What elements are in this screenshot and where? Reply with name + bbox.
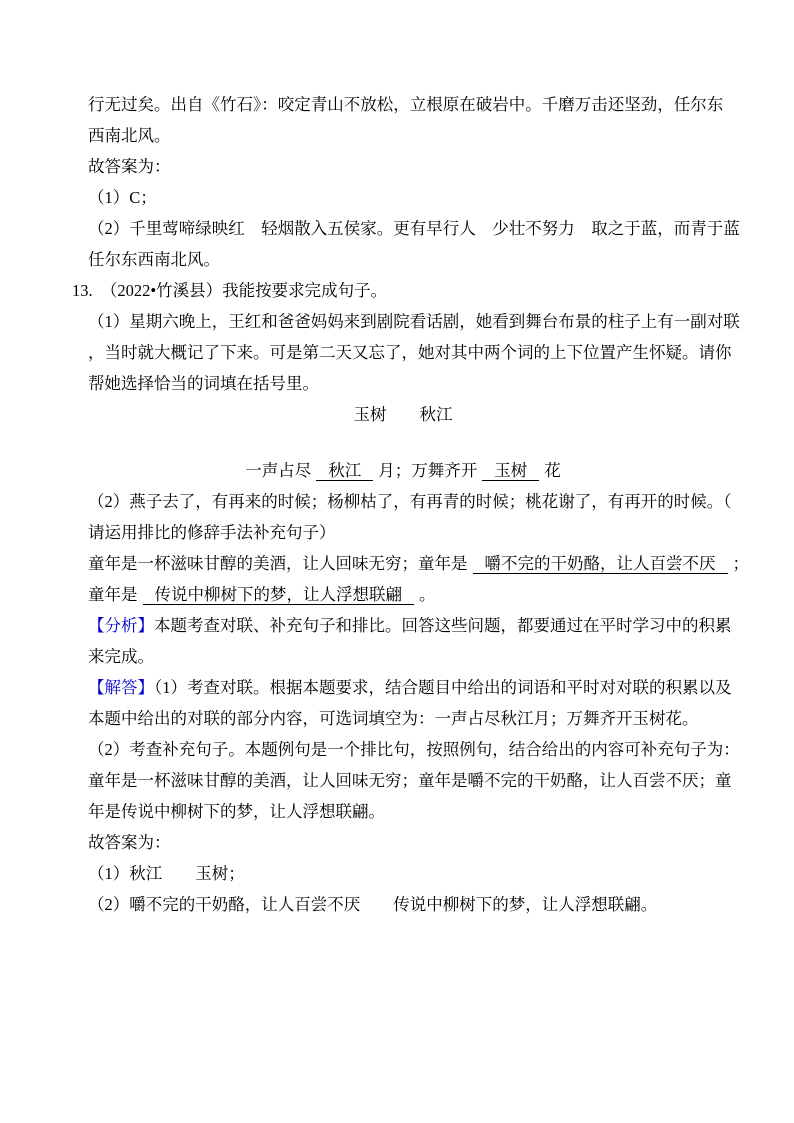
text-run: 行无过矣。出自《竹石》：咬定青山不放松，立根原在破岩中。千磨万击还坚劲，任尔东 xyxy=(88,95,723,114)
document-body: 行无过矣。出自《竹石》：咬定青山不放松，立根原在破岩中。千磨万击还坚劲，任尔东西… xyxy=(88,89,718,920)
text-run: 年是传说中柳树下的梦，让人浮想联翩。 xyxy=(88,802,385,821)
text-run: 月；万舞齐开 xyxy=(378,461,477,480)
text-line: （1）C； xyxy=(88,182,718,213)
text-line: 13. （2022•竹溪县）我能按要求完成句子。 xyxy=(72,275,718,306)
text-run: 花 xyxy=(544,461,561,480)
text-line: 请运用排比的修辞手法补充句子） xyxy=(88,517,718,548)
text-run: （1）星期六晚上，王红和爸爸妈妈来到剧院看话剧，她看到舞台布景的柱子上有一副对联 xyxy=(88,312,740,331)
text-line: 来完成。 xyxy=(88,641,718,672)
text-run: ，当时就大概记了下来。可是第二天又忘了，她对其中两个词的上下位置产生怀疑。请你 xyxy=(88,343,732,362)
answer-blank: 秋江 xyxy=(316,461,373,481)
text-line: 【分析】本题考查对联、补充句子和排比。回答这些问题，都要通过在平时学习中的积累 xyxy=(88,610,718,641)
answer-blank: 嚼不完的干奶酪，让人百尝不厌 xyxy=(473,554,728,574)
answer-blank: 传说中柳树下的梦，让人浮想联翩 xyxy=(143,585,415,605)
text-line: （2）嚼不完的干奶酪，让人百尝不厌 传说中柳树下的梦，让人浮想联翩。 xyxy=(88,889,718,920)
text-run xyxy=(93,281,110,300)
text-run: 童年是 xyxy=(88,585,138,604)
text-line: （2）千里莺啼绿映红 轻烟散入五侯家。更有早行人 少壮不努力 取之于蓝，而青于蓝 xyxy=(88,213,718,244)
question-number: 13. xyxy=(72,281,93,300)
text-run: 童年是一杯滋味甘醇的美酒，让人回味无穷；童年是嚼不完的干奶酪，让人百尝不厌；童 xyxy=(88,771,732,790)
text-run: 帮她选择恰当的词填在括号里。 xyxy=(88,374,319,393)
text-line: 玉树 秋江 xyxy=(88,399,718,430)
text-line: 【解答】（1）考查对联。根据本题要求，结合题目中给出的词语和平时对对联的积累以及 xyxy=(88,672,718,703)
text-run: （2）考查补充句子。本题例句是一个排比句，按照例句，结合给出的内容可补充句子为： xyxy=(88,740,740,759)
text-line: 西南北风。 xyxy=(88,120,718,151)
text-run: 一声占尽 xyxy=(245,461,311,480)
text-line: 一声占尽秋江月；万舞齐开玉树花 xyxy=(88,455,718,486)
text-run: （1）秋江 玉树； xyxy=(88,864,245,883)
text-run: （1）考查对联。根据本题要求，结合题目中给出的词语和平时对对联的积累以及 xyxy=(154,678,732,697)
text-run: 任尔东西南北风。 xyxy=(88,250,220,269)
text-line: 行无过矣。出自《竹石》：咬定青山不放松，立根原在破岩中。千磨万击还坚劲，任尔东 xyxy=(88,89,718,120)
text-line: 童年是一杯滋味甘醇的美酒，让人回味无穷；童年是嚼不完的干奶酪，让人百尝不厌； xyxy=(88,548,718,579)
document-page: 行无过矣。出自《竹石》：咬定青山不放松，立根原在破岩中。千磨万击还坚劲，任尔东西… xyxy=(0,0,794,1123)
text-run: （2）嚼不完的干奶酪，让人百尝不厌 传说中柳树下的梦，让人浮想联翩。 xyxy=(88,895,657,914)
text-line: 帮她选择恰当的词填在括号里。 xyxy=(88,368,718,399)
text-run: 本题中给出的对联的部分内容，可选词填空为：一声占尽秋江月；万舞齐开玉树花。 xyxy=(88,709,699,728)
text-run: （2）千里莺啼绿映红 轻烟散入五侯家。更有早行人 少壮不努力 取之于蓝，而青于蓝 xyxy=(88,219,740,238)
text-run: 西南北风。 xyxy=(88,126,171,145)
analysis-label: 【分析】 xyxy=(88,616,154,635)
text-line: （1）星期六晚上，王红和爸爸妈妈来到剧院看话剧，她看到舞台布景的柱子上有一副对联 xyxy=(88,306,718,337)
text-line: 故答案为： xyxy=(88,827,718,858)
text-line: 童年是一杯滋味甘醇的美酒，让人回味无穷；童年是嚼不完的干奶酪，让人百尝不厌；童 xyxy=(88,765,718,796)
text-run: 来完成。 xyxy=(88,647,154,666)
blank-line xyxy=(88,430,718,455)
text-line: 任尔东西南北风。 xyxy=(88,244,718,275)
text-line: 本题中给出的对联的部分内容，可选词填空为：一声占尽秋江月；万舞齐开玉树花。 xyxy=(88,703,718,734)
text-run: （1）C； xyxy=(88,188,157,207)
question-source: （2022•竹溪县） xyxy=(109,281,222,300)
word-bank: 玉树 秋江 xyxy=(354,405,453,424)
text-line: 故答案为： xyxy=(88,151,718,182)
text-line: 童年是传说中柳树下的梦，让人浮想联翩。 xyxy=(88,579,718,610)
text-run: 请运用排比的修辞手法补充句子） xyxy=(88,523,336,542)
text-run: 。 xyxy=(419,585,436,604)
text-run: （2）燕子去了，有再来的时候；杨柳枯了，有再青的时候；桃花谢了，有再开的时候。（ xyxy=(88,492,732,511)
text-run: 本题考查对联、补充句子和排比。回答这些问题，都要通过在平时学习中的积累 xyxy=(154,616,732,635)
answer-label: 【解答】 xyxy=(88,678,154,697)
text-run: ； xyxy=(733,554,750,573)
text-line: 年是传说中柳树下的梦，让人浮想联翩。 xyxy=(88,796,718,827)
text-line: ，当时就大概记了下来。可是第二天又忘了，她对其中两个词的上下位置产生怀疑。请你 xyxy=(88,337,718,368)
text-run: 童年是一杯滋味甘醇的美酒，让人回味无穷；童年是 xyxy=(88,554,468,573)
answer-intro: 故答案为： xyxy=(88,833,171,852)
text-line: （1）秋江 玉树； xyxy=(88,858,718,889)
answer-intro: 故答案为： xyxy=(88,157,171,176)
text-line: （2）考查补充句子。本题例句是一个排比句，按照例句，结合给出的内容可补充句子为： xyxy=(88,734,718,765)
question-title: 我能按要求完成句子。 xyxy=(222,281,387,300)
answer-blank: 玉树 xyxy=(482,461,539,481)
text-line: （2）燕子去了，有再来的时候；杨柳枯了，有再青的时候；桃花谢了，有再开的时候。（ xyxy=(88,486,718,517)
